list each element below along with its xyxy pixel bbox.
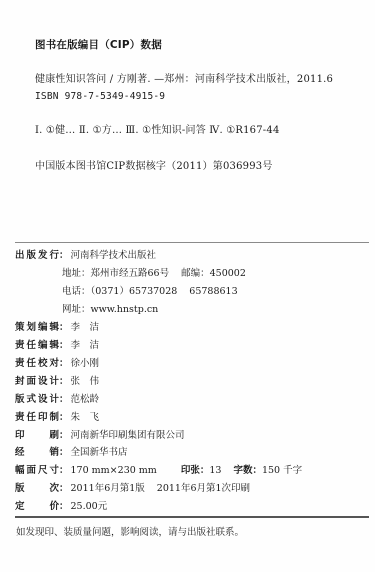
isbn: ISBN 978-7-5349-4915-9 xyxy=(35,91,165,103)
size-value: 170 mm×230 mm xyxy=(71,465,157,477)
cip-classification: Ⅰ. ①健… Ⅱ. ①方… Ⅲ. ①性知识-问答 Ⅳ. ①R167-44 xyxy=(35,125,280,137)
credit-label: 封面设计 xyxy=(15,376,59,388)
distributor-row: 经销： 全国新华书店 xyxy=(15,447,128,459)
publisher-name: 河南科学技术出版社 xyxy=(71,250,157,262)
phone-row: 电话：（0371）6573702865788613 xyxy=(62,286,238,298)
credit-value: 徐小刚 xyxy=(71,358,100,370)
credit-row: 封面设计： 张 伟 xyxy=(15,376,99,388)
price-label: 定价 xyxy=(15,501,59,513)
credit-label: 策划编辑 xyxy=(15,322,59,334)
edition-value: 2011年6月第1版 xyxy=(71,483,145,495)
credit-value: 范松龄 xyxy=(71,394,100,406)
credit-value: 朱 飞 xyxy=(71,412,100,424)
phone-label: 电话： xyxy=(62,286,91,297)
credit-row: 责任校对： 徐小刚 xyxy=(15,358,99,370)
printer-row: 印刷： 河南新华印刷集团有限公司 xyxy=(15,430,185,442)
cip-number: 中国版本图书馆CIP数据核字（2011）第036993号 xyxy=(35,161,273,173)
credit-label: 版式设计 xyxy=(15,394,59,406)
colon: ： xyxy=(59,322,69,334)
phone2-value: 65788613 xyxy=(189,286,237,297)
address-row: 地址：郑州市经五路66号邮编：450002 xyxy=(62,268,246,280)
words-label: 字数： xyxy=(233,465,262,477)
colon: ： xyxy=(59,358,69,370)
credit-row: 策划编辑： 李 洁 xyxy=(15,322,99,334)
credit-label: 责任校对 xyxy=(15,358,59,370)
credit-value: 李 洁 xyxy=(71,340,100,352)
colon: ： xyxy=(59,430,69,442)
distributor-label: 经销 xyxy=(15,447,59,459)
printing-value: 2011年6月第1次印刷 xyxy=(157,483,250,495)
publisher-row: 出版发行： 河南科学技术出版社 xyxy=(15,250,156,262)
colon: ： xyxy=(59,483,69,495)
website-label: 网址： xyxy=(62,304,91,315)
credit-row: 版式设计： 范松龄 xyxy=(15,394,99,406)
postcode-label: 邮编： xyxy=(181,268,210,279)
publisher-label: 出版发行 xyxy=(15,250,59,262)
credit-label: 责任印制 xyxy=(15,412,59,424)
quality-notice: 如发现印、装质量问题，影响阅读，请与出版社联系。 xyxy=(16,527,244,539)
bottom-divider xyxy=(15,516,369,518)
credit-row: 责任编辑： 李 洁 xyxy=(15,340,99,352)
price-row: 定价： 25.00元 xyxy=(15,501,107,513)
address-label: 地址： xyxy=(62,268,91,279)
credit-row: 责任印制： 朱 飞 xyxy=(15,412,99,424)
website-row: 网址：www.hnstp.cn xyxy=(62,304,158,316)
printer-value: 河南新华印刷集团有限公司 xyxy=(71,430,185,442)
colon: ： xyxy=(59,394,69,406)
size-label: 幅面尺寸 xyxy=(15,465,59,477)
credit-value: 李 洁 xyxy=(71,322,100,334)
colon: ： xyxy=(59,412,69,424)
sheets-value: 13 xyxy=(209,465,221,477)
colon: ： xyxy=(59,340,69,352)
colon: ： xyxy=(59,501,69,513)
printer-label: 印刷 xyxy=(15,430,59,442)
phone-value: （0371）65737028 xyxy=(91,286,178,297)
colon: ： xyxy=(59,465,69,477)
distributor-value: 全国新华书店 xyxy=(71,447,128,459)
colon: ： xyxy=(59,376,69,388)
sheets-label: 印张： xyxy=(181,465,210,477)
size-row: 幅面尺寸： 170 mm×230 mm 印张： 13 字数： 150 千字 xyxy=(15,465,302,477)
postcode-value: 450002 xyxy=(210,268,246,279)
top-divider xyxy=(15,242,369,243)
address-value: 郑州市经五路66号 xyxy=(91,268,170,279)
price-value: 25.00元 xyxy=(71,501,108,513)
credit-value: 张 伟 xyxy=(71,376,100,388)
edition-label: 版次 xyxy=(15,483,59,495)
copyright-page: 图书在版编目（CIP）数据 健康性知识答问 / 方刚著. —郑州：河南科学技术出… xyxy=(0,0,375,572)
words-value: 150 千字 xyxy=(262,465,302,477)
cip-title-line: 健康性知识答问 / 方刚著. —郑州：河南科学技术出版社，2011.6 xyxy=(35,74,333,86)
colon: ： xyxy=(59,250,69,262)
colon: ： xyxy=(59,447,69,459)
edition-row: 版次： 2011年6月第1版 2011年6月第1次印刷 xyxy=(15,483,250,495)
website-link[interactable]: www.hnstp.cn xyxy=(91,304,159,315)
credit-label: 责任编辑 xyxy=(15,340,59,352)
cip-heading: 图书在版编目（CIP）数据 xyxy=(35,39,162,51)
